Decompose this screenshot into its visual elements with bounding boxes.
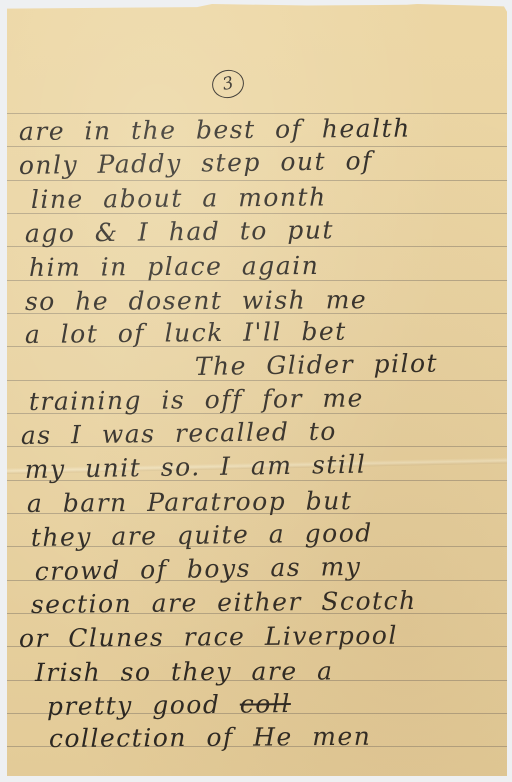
- handwritten-line: are in the best of health: [19, 116, 411, 144]
- handwritten-line: The Glider pilot: [195, 351, 439, 379]
- ruled-line: [7, 113, 507, 114]
- handwritten-line: collection of He men: [49, 724, 372, 751]
- handwritten-line: Irish so they are a: [35, 658, 334, 685]
- handwritten-line: they are quite a good: [31, 520, 373, 550]
- handwritten-line: crowd of boys as my: [35, 554, 362, 584]
- handwritten-line: section are either Scotch: [31, 588, 417, 617]
- handwritten-text: pretty good: [47, 690, 240, 721]
- handwritten-line: a barn Paratroop but: [27, 488, 353, 516]
- handwritten-line: or Clunes race Liverpool: [19, 623, 398, 651]
- page-number: 3: [209, 67, 246, 101]
- handwritten-line: ago & I had to put: [25, 217, 334, 246]
- handwritten-line: so he dosent wish me: [25, 287, 367, 314]
- handwritten-line: as I was recalled to: [21, 419, 337, 448]
- handwritten-line: only Paddy step out of: [19, 148, 373, 178]
- struck-out-text: coll: [240, 689, 291, 719]
- scan-background: 3 are in the best of health only Paddy s…: [0, 0, 512, 782]
- handwritten-line: a lot of luck I'll bet: [25, 319, 347, 347]
- ruled-line: [7, 180, 507, 181]
- ruled-line: [7, 380, 507, 381]
- handwritten-line: pretty good coll: [47, 691, 291, 719]
- handwritten-line: line about a month: [31, 184, 327, 212]
- handwritten-line: my unit so. I am still: [25, 452, 367, 482]
- handwritten-line: training is off for me: [29, 385, 364, 414]
- letter-page: 3 are in the best of health only Paddy s…: [7, 4, 507, 776]
- handwritten-line: him in place again: [29, 253, 320, 280]
